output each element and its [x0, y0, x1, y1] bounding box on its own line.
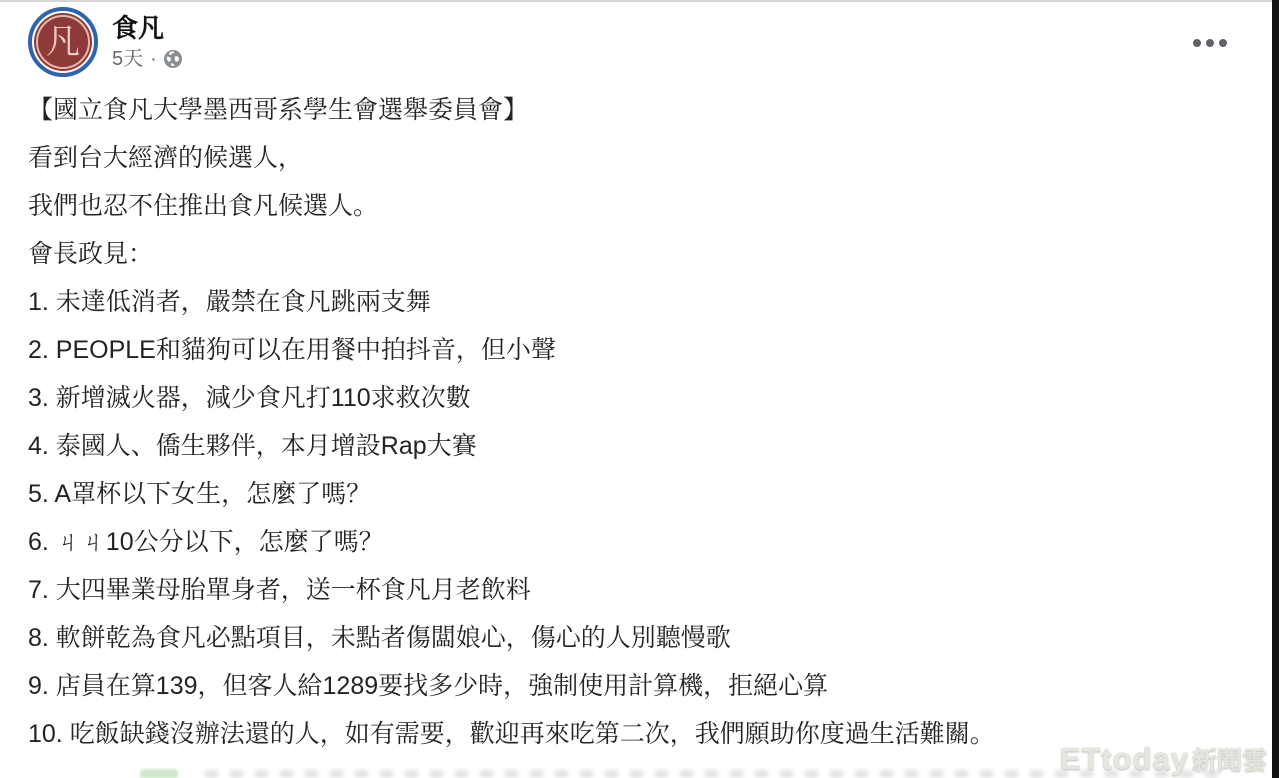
post-line-title: 【國立食凡大學墨西哥系學生會選舉委員會】 — [28, 86, 1239, 134]
avatar-logo-glyph: 凡 — [32, 11, 94, 73]
cutoff-text-fragment — [205, 770, 1229, 778]
post-line: 我們也忍不住推出食凡候選人。 — [28, 182, 1239, 230]
post-line-item-4: 4. 泰國人、僑生夥伴，本月增設Rap大賽 — [28, 422, 1239, 470]
post-timestamp[interactable]: 5天 — [112, 48, 143, 70]
post-line-item-2: 2. PEOPLE和貓狗可以在用餐中拍抖音，但小聲 — [28, 326, 1239, 374]
post-line-item-5: 5. A罩杯以下女生，怎麼了嗎？ — [28, 470, 1239, 518]
post-line-item-7: 7. 大四畢業母胎單身者，送一杯食凡月老飲料 — [28, 566, 1239, 614]
post-line-item-3: 3. 新增滅火器，減少食凡打110求救次數 — [28, 374, 1239, 422]
ellipsis-icon — [1206, 39, 1214, 47]
post-line-item-1: 1. 未達低消者，嚴禁在食凡跳兩支舞 — [28, 278, 1239, 326]
globe-public-icon — [164, 50, 182, 68]
post-body: 【國立食凡大學墨西哥系學生會選舉委員會】 看到台大經濟的候選人， 我們也忍不住推… — [28, 86, 1239, 758]
post-line-item-6: 6. ㄐㄐ10公分以下，怎麼了嗎？ — [28, 518, 1239, 566]
page-name-link[interactable]: 食凡 — [112, 13, 182, 43]
post-meta-row: 5天 · — [112, 48, 182, 70]
ellipsis-icon — [1193, 39, 1201, 47]
post-line: 看到台大經濟的候選人， — [28, 134, 1239, 182]
next-line-cutoff — [0, 768, 1269, 778]
post-more-options-button[interactable] — [1184, 28, 1236, 58]
screenshot-right-border — [1272, 0, 1279, 778]
screenshot-top-border — [0, 0, 1272, 2]
header-meta: 食凡 5天 · — [112, 7, 182, 77]
ellipsis-icon — [1219, 39, 1227, 47]
post-line-item-9: 9. 店員在算139，但客人給1289要找多少時，強制使用計算機，拒絕心算 — [28, 662, 1239, 710]
meta-separator: · — [150, 48, 157, 70]
page-avatar[interactable]: 凡 — [28, 7, 98, 77]
post-header: 凡 食凡 5天 · — [28, 7, 182, 77]
cutoff-emoji-fragment — [140, 769, 178, 778]
post-line-item-10: 10. 吃飯缺錢沒辦法還的人，如有需要，歡迎再來吃第二次，我們願助你度過生活難關… — [28, 710, 1239, 758]
post-line-item-8: 8. 軟餅乾為食凡必點項目，未點者傷闆娘心，傷心的人別聽慢歌 — [28, 614, 1239, 662]
post-line: 會長政見： — [28, 230, 1239, 278]
